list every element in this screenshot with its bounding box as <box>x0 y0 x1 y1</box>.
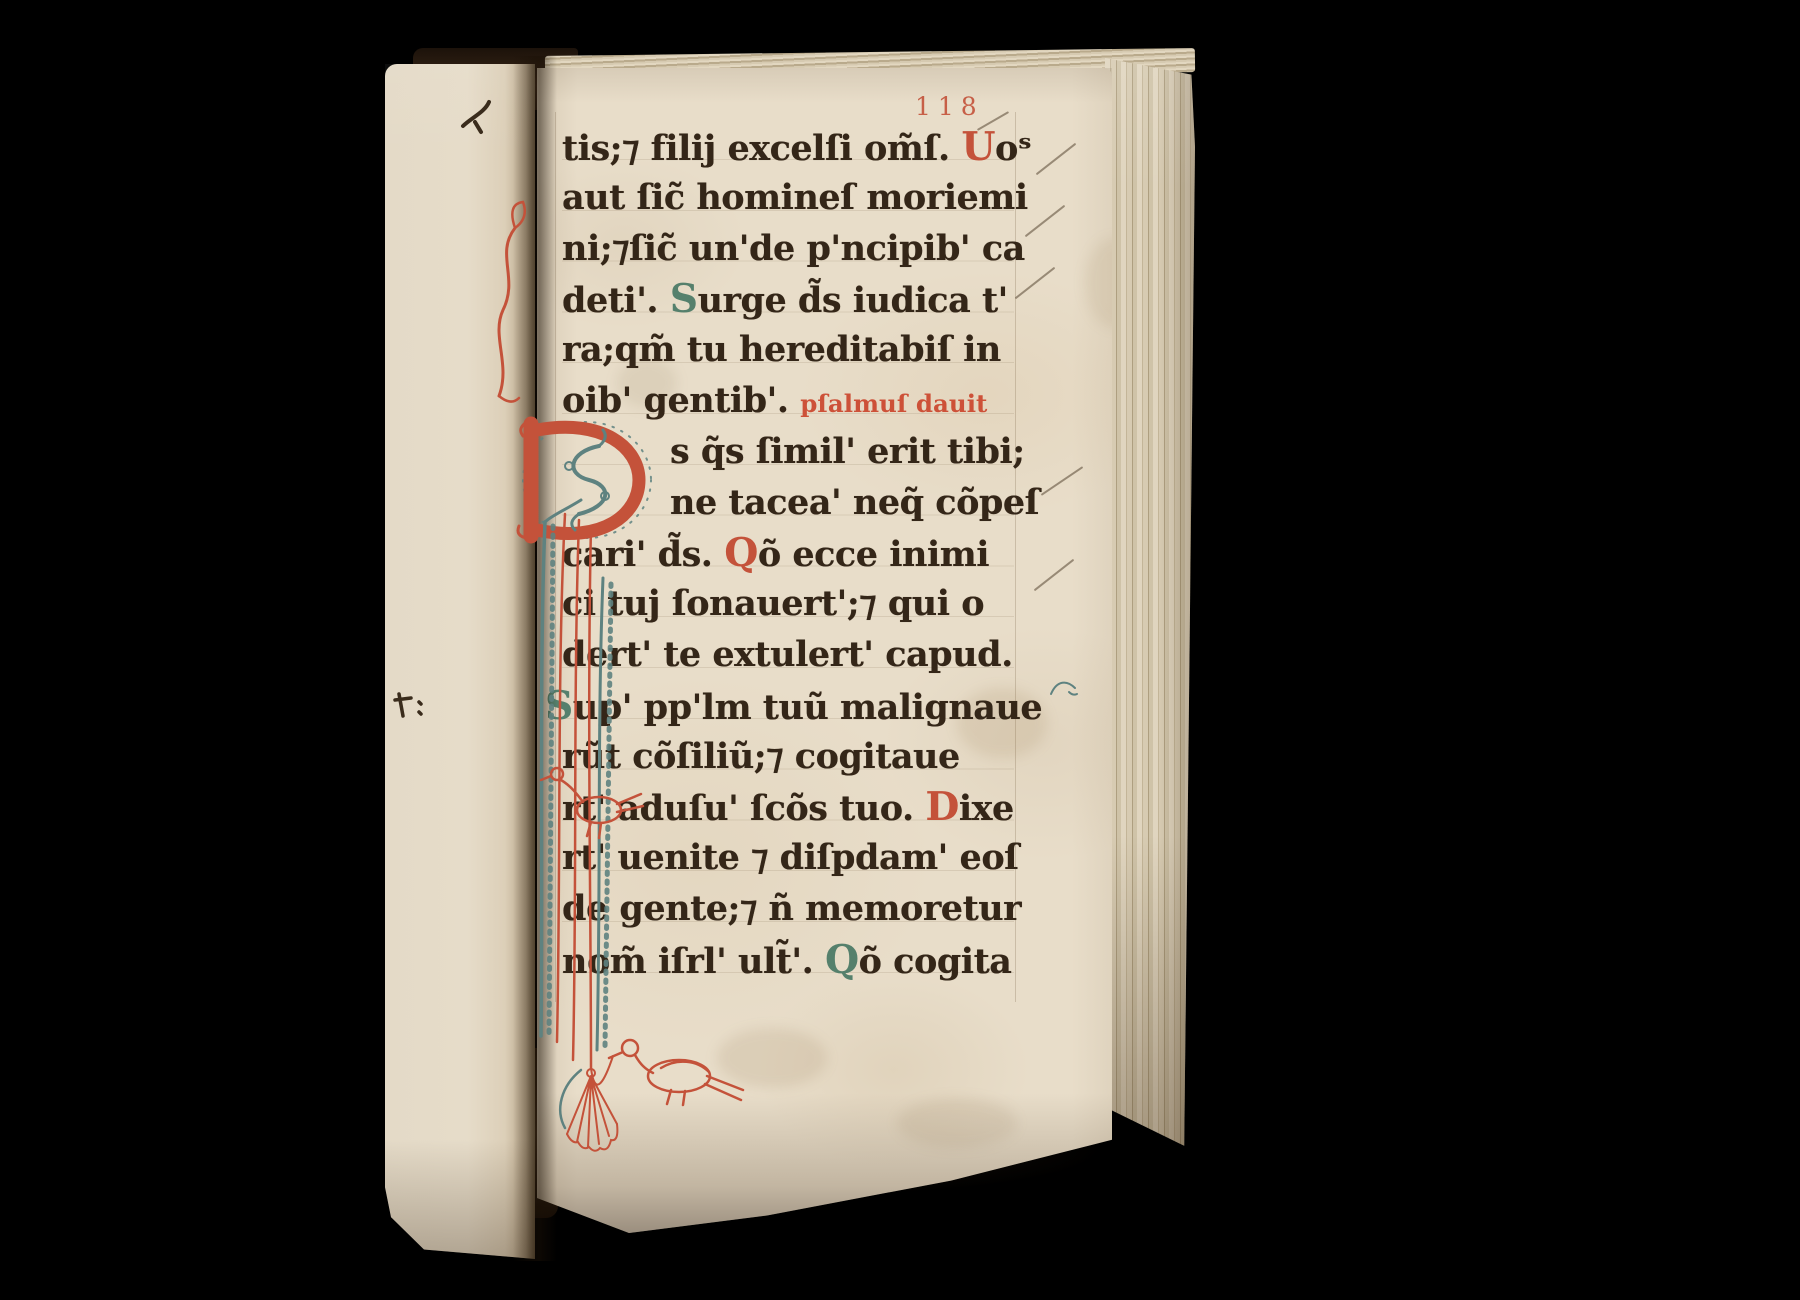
fan-tassel-icon <box>560 1069 617 1151</box>
body-text: ixe <box>959 788 1014 829</box>
initial-letter: Q <box>825 937 859 983</box>
open-book: 118 tis;⁊ filij excelſi om̃ſ. Uoˢaut ſic… <box>385 48 1215 1273</box>
pen-hairline <box>1041 466 1084 496</box>
vellum-stain <box>897 1098 1017 1148</box>
margin-flourish <box>485 170 770 1190</box>
pen-flourish-lines <box>541 500 613 1085</box>
rubric-text: pſalmuſ dauit <box>800 389 987 418</box>
initial-letter: U <box>961 124 995 170</box>
initial-letter: D <box>925 784 958 830</box>
body-text: tis;⁊ filij excelſi om̃ſ. <box>562 128 961 169</box>
bird-icon-large <box>609 1040 743 1105</box>
show-through-mark <box>455 96 495 146</box>
pen-hairline <box>1015 267 1056 299</box>
margin-squiggle-icon <box>1049 676 1079 700</box>
bird-icon-small <box>541 768 643 838</box>
pen-hairline <box>1025 205 1066 237</box>
leaf-curl-icon <box>499 202 525 402</box>
body-text: õ cogita <box>859 941 1012 982</box>
pen-hairline <box>1034 559 1075 591</box>
manuscript-photo: 118 tis;⁊ filij excelſi om̃ſ. Uoˢaut ſic… <box>0 0 1800 1300</box>
body-text: oˢ <box>995 128 1031 169</box>
show-through-mark <box>393 688 427 724</box>
folio-number: 118 <box>915 92 984 121</box>
body-text: õ ecce inimi <box>758 534 989 575</box>
text-line: tis;⁊ filij excelſi om̃ſ. Uoˢ <box>562 122 1014 173</box>
pen-hairline <box>1036 143 1077 175</box>
fore-edge-page-stack <box>1105 58 1195 1168</box>
